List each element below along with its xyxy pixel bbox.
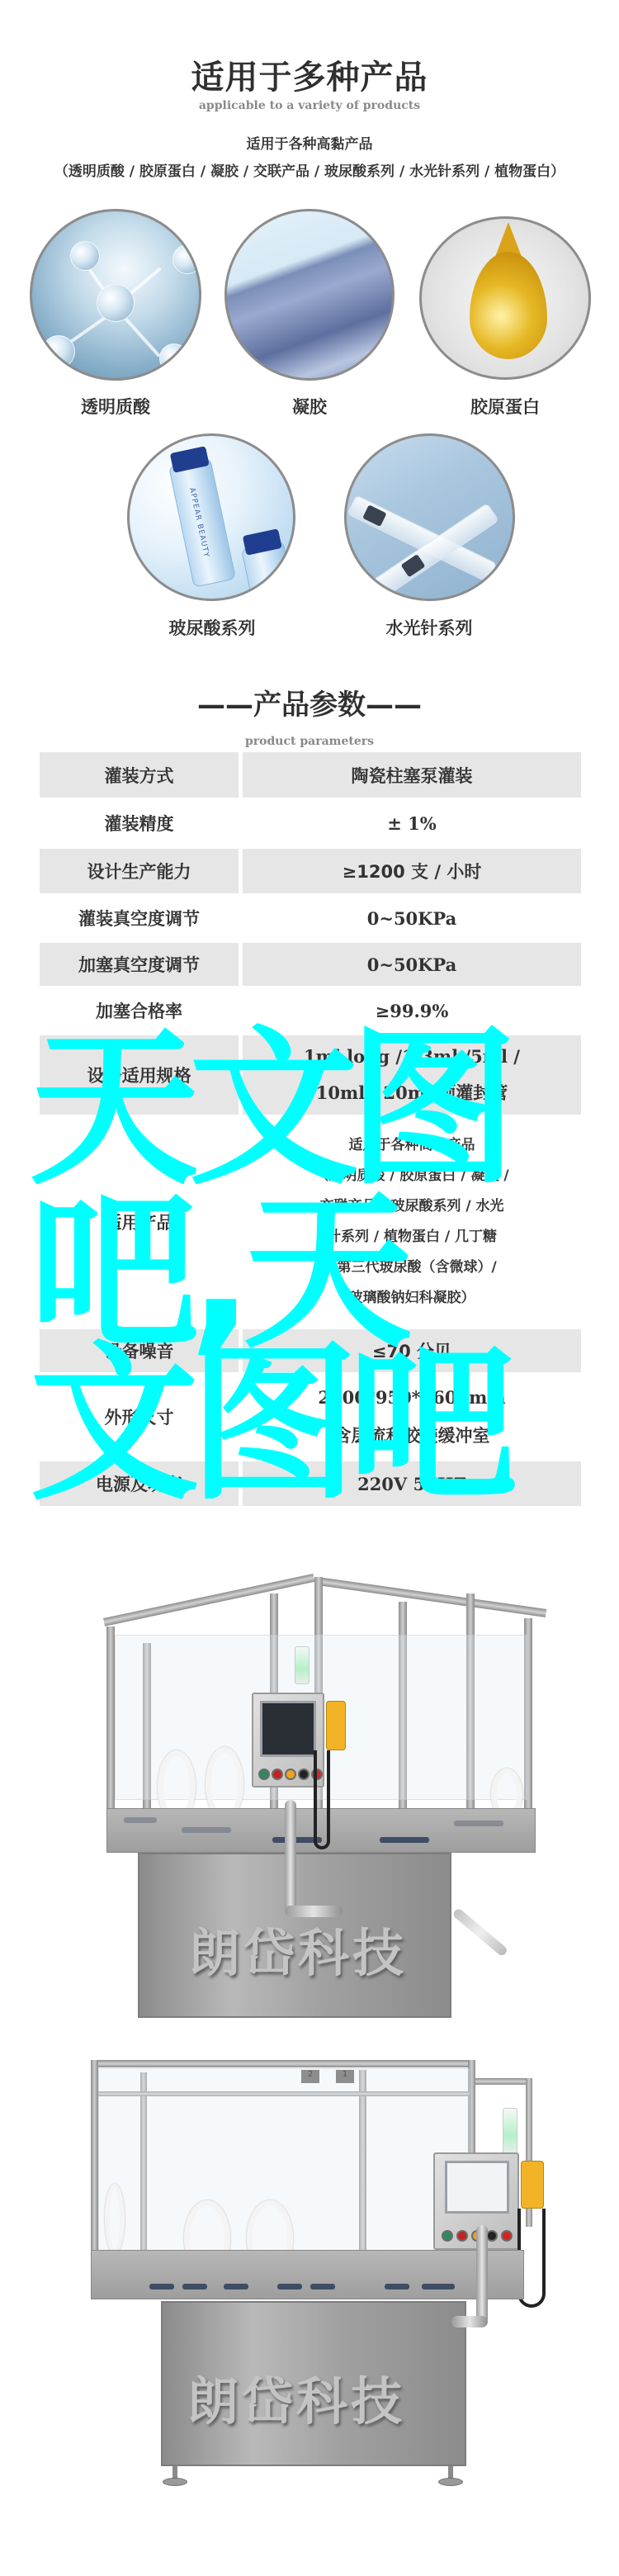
param-value: 适用于各种高黏产品 （透明质酸 / 胶原蛋白 / 凝胶 / 交联产品 / 玻尿酸… — [243, 1118, 581, 1326]
param-value: 陶瓷柱塞泵灌装 — [243, 752, 581, 798]
table-row: 设备适用规格 1ml long /1-3ml /5ml / 10ml / 20m… — [40, 1035, 581, 1115]
param-value: ≤70 分贝 — [243, 1329, 581, 1372]
table-row: 加塞真空度调节 0~50KPa — [40, 943, 581, 986]
param-value: 0~50KPa — [243, 943, 581, 986]
product-label: 水光针系列 — [330, 615, 528, 640]
table-row: 灌装真空度调节 0~50KPa — [40, 897, 581, 940]
frame-label: 1 — [336, 2070, 354, 2083]
param-name: 加塞合格率 — [40, 989, 239, 1032]
param-value: ± 1% — [243, 801, 581, 845]
product-label: 胶原蛋白 — [406, 394, 604, 419]
table-row: 设备噪音 ≤70 分贝 — [40, 1329, 581, 1372]
param-name: 设计生产能力 — [40, 849, 239, 893]
param-value: 0~50KPa — [243, 897, 581, 940]
syringe-image — [344, 433, 515, 601]
table-row: 加塞合格率 ≥99.9% — [40, 989, 581, 1032]
frame-label: 2 — [301, 2070, 319, 2083]
handheld-controller — [521, 2161, 544, 2209]
table-row: 外形尺寸 2100*950*2600mm 含层流和胶袋缓冲室 — [40, 1376, 581, 1458]
parameters-title: ——产品参数—— — [0, 682, 619, 722]
section-subtitle: applicable to a variety of products — [0, 99, 619, 112]
table-row: 设计生产能力 ≥1200 支 / 小时 — [40, 849, 581, 893]
param-value: 2100*950*2600mm 含层流和胶袋缓冲室 — [243, 1376, 581, 1458]
brand-text: 朗岱科技 — [189, 1912, 407, 1986]
brand-text: 朗岱科技 — [187, 2361, 405, 2434]
param-name: 适用产品 — [40, 1118, 239, 1326]
param-value: 220V 50HZ — [243, 1461, 581, 1506]
table-row: 电源及功率 220V 50HZ — [40, 1461, 581, 1506]
section-title: 适用于多种产品 — [0, 51, 619, 98]
product-label: 透明质酸 — [17, 394, 215, 419]
param-name: 设备噪音 — [40, 1329, 239, 1372]
applicable-list: （透明质酸 / 胶原蛋白 / 凝胶 / 交联产品 / 玻尿酸系列 / 水光针系列… — [0, 159, 619, 180]
parameters-table: 灌装方式 陶瓷柱塞泵灌装 灌装精度 ± 1% 设计生产能力 ≥1200 支 / … — [40, 752, 581, 1506]
machine-image-front: 2 1 朗岱科技 — [78, 2060, 557, 2555]
product-label: 凝胶 — [210, 394, 409, 419]
machine-cabinet: 朗岱科技 — [161, 2301, 466, 2466]
vial-image: APPEAR BEAUTY — [127, 433, 295, 601]
param-value: 1ml long /1-3ml /5ml / 10ml / 20ml 预灌封管 — [243, 1035, 581, 1115]
touch-screen — [260, 1701, 316, 1757]
vial-label: APPEAR BEAUTY — [187, 487, 210, 559]
param-value: ≥99.9% — [243, 989, 581, 1032]
handheld-controller — [326, 1701, 346, 1750]
table-row: 灌装精度 ± 1% — [40, 801, 581, 845]
param-name: 灌装精度 — [40, 801, 239, 845]
applicable-heading: 适用于各种高黏产品 — [0, 132, 619, 153]
gold-drop-image — [419, 216, 591, 380]
table-row: 灌装方式 陶瓷柱塞泵灌装 — [40, 752, 581, 798]
molecule-image — [30, 209, 201, 381]
param-value: ≥1200 支 / 小时 — [243, 849, 581, 893]
param-name: 加塞真空度调节 — [40, 943, 239, 986]
parameters-subtitle: product parameters — [0, 735, 619, 748]
gel-image — [224, 209, 395, 381]
param-name: 电源及功率 — [40, 1461, 239, 1506]
touch-screen — [445, 2161, 509, 2214]
param-name: 灌装真空度调节 — [40, 897, 239, 940]
table-row: 适用产品 适用于各种高黏产品 （透明质酸 / 胶原蛋白 / 凝胶 / 交联产品 … — [40, 1118, 581, 1326]
param-name: 设备适用规格 — [40, 1035, 239, 1115]
product-label: 玻尿酸系列 — [113, 615, 311, 640]
param-name: 外形尺寸 — [40, 1376, 239, 1458]
machine-image-angled: 朗岱科技 — [78, 1577, 557, 2023]
param-name: 灌装方式 — [40, 752, 239, 798]
